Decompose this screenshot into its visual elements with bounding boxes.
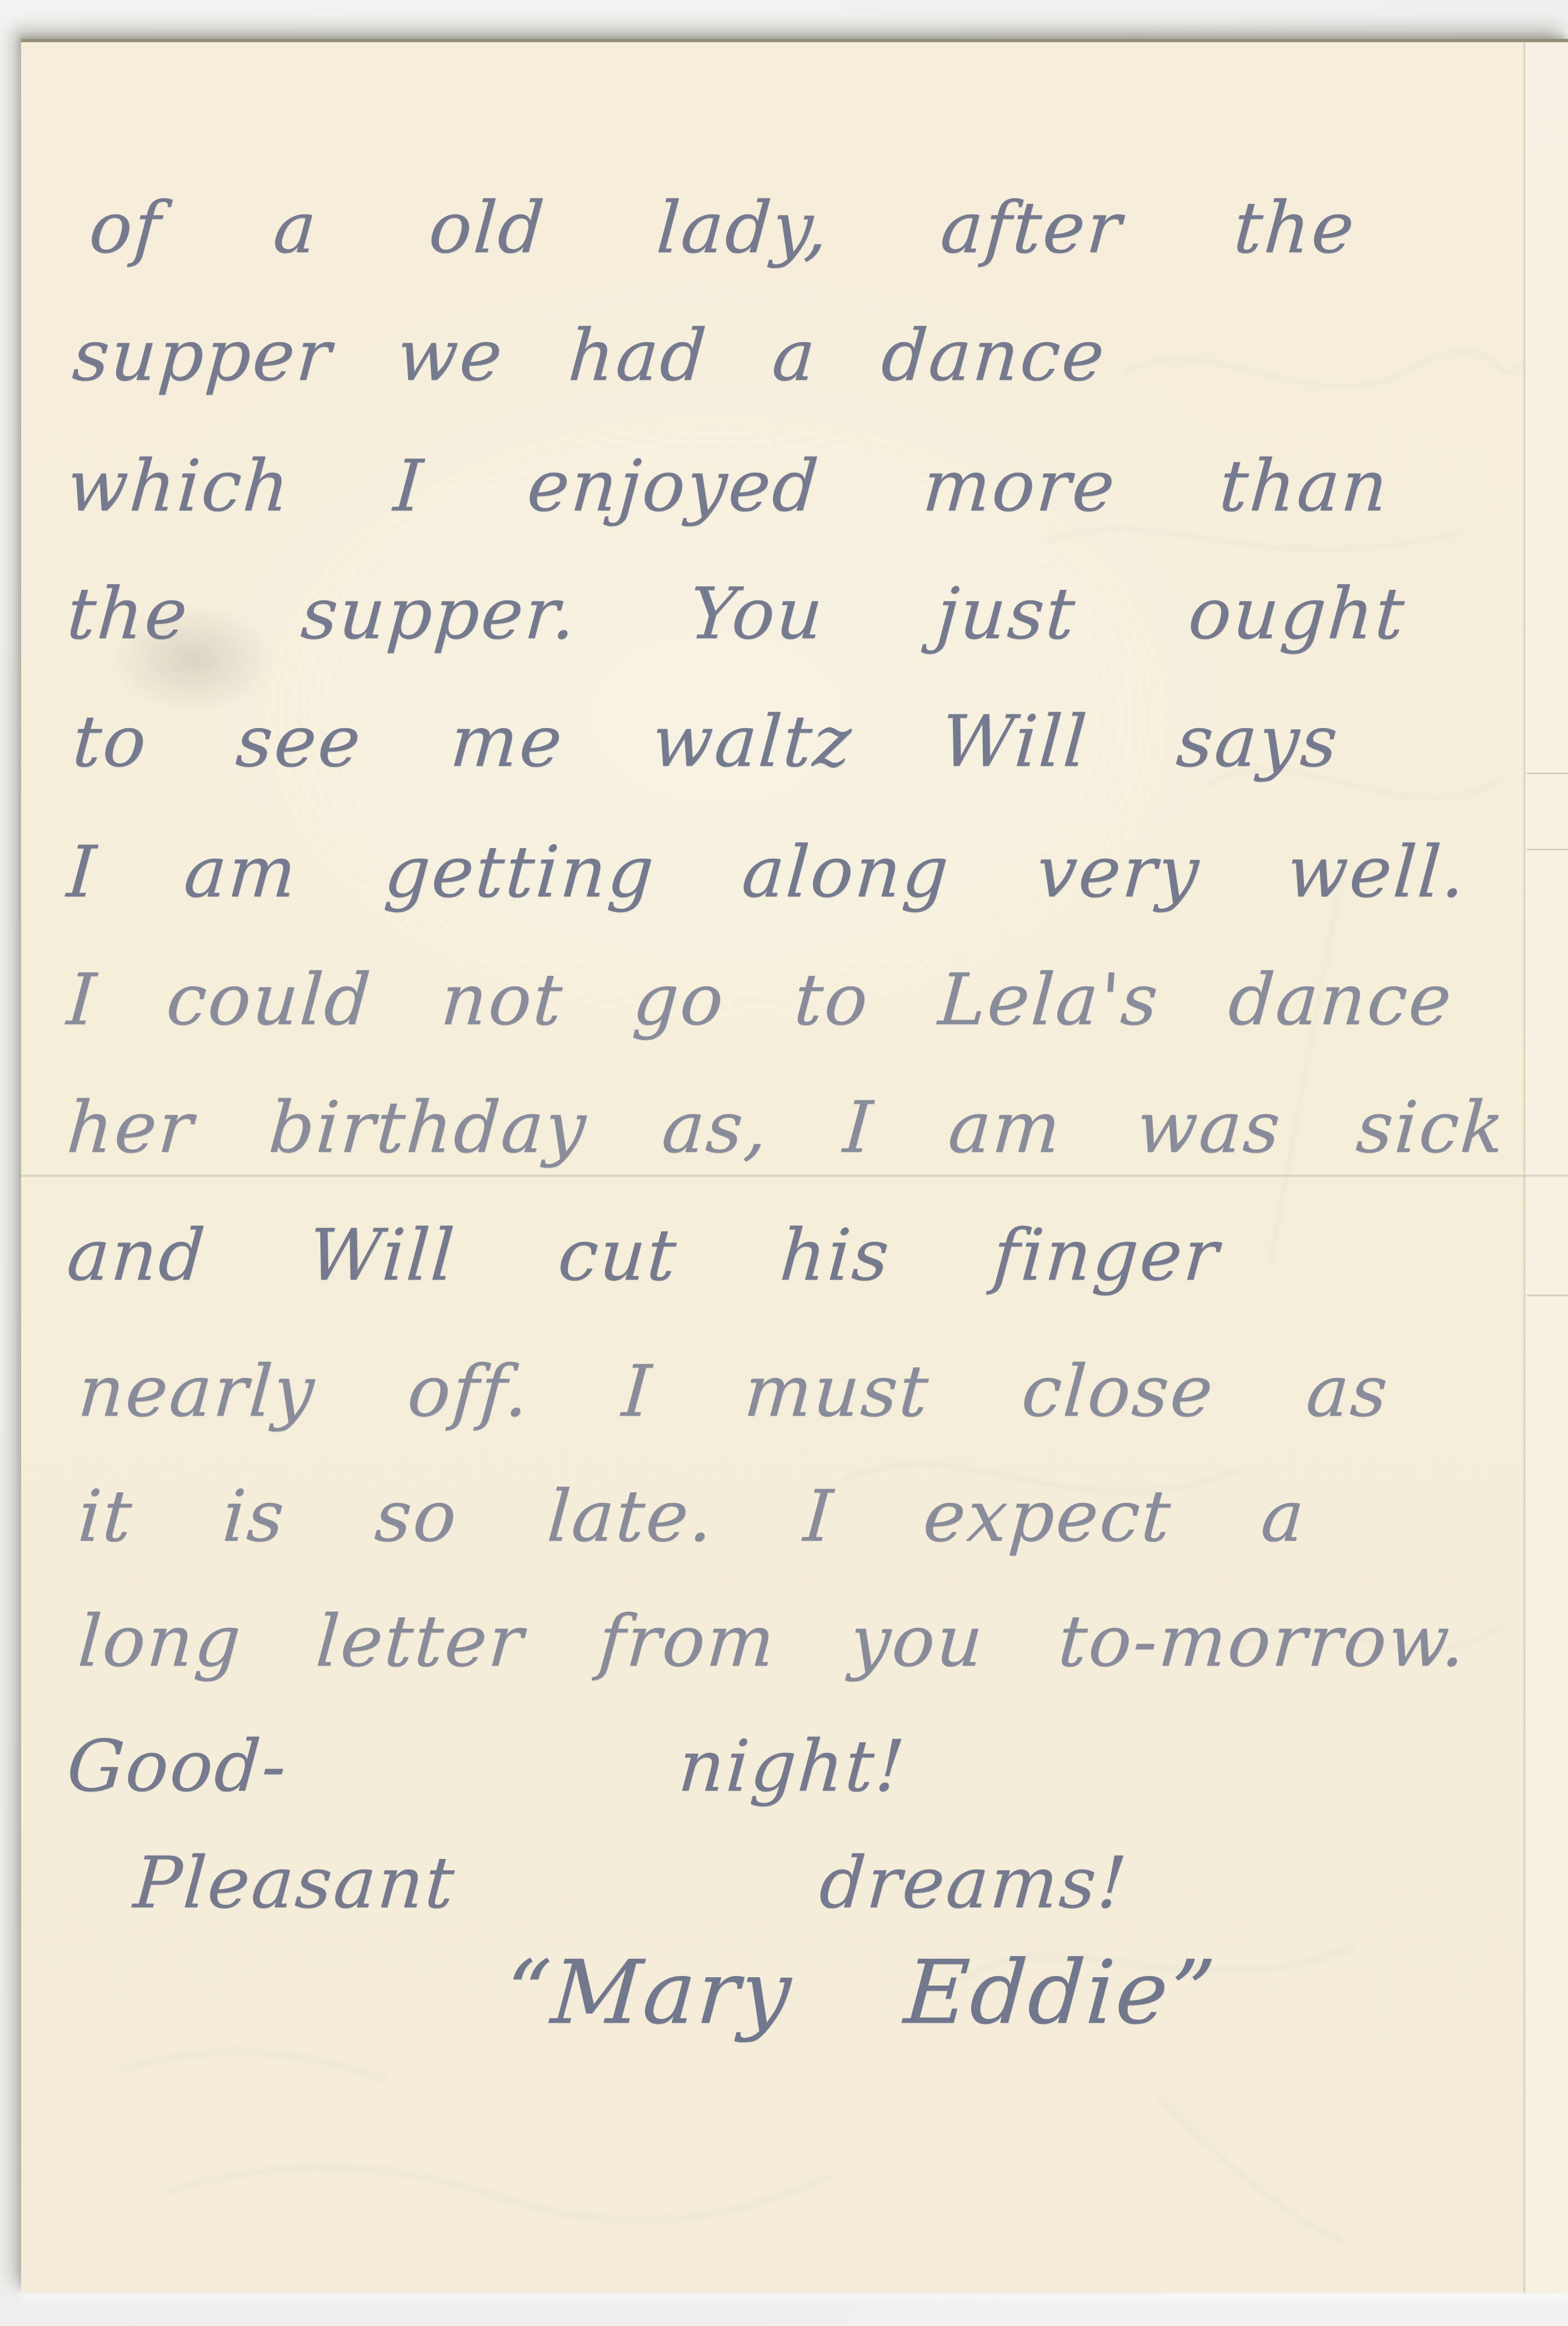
letter-line-11: it is so late. I expect a [72, 1475, 1308, 1606]
letter-line-7: I could not go to Lela's dance [61, 959, 1455, 1089]
letter-line-6: I am getting along very well. [61, 831, 1469, 961]
scanned-letter-screenshot: { "colors": { "bg": "#f1f0ee", "paper": … [0, 0, 1568, 2326]
letter-line-13: Good- night! [61, 1725, 908, 1856]
letter-body-text: of a old lady, after the supper we had a… [21, 42, 1568, 2293]
letter-line-2: supper we had a dance [67, 314, 1108, 445]
signature: “Mary Eddie” [500, 1942, 1219, 2072]
letter-line-8: her birthday as, I am was sick [61, 1086, 1508, 1217]
letter-line-12: long letter from you to-morrow. [72, 1600, 1469, 1731]
letter-line-1: of a old lady, after the [83, 187, 1358, 317]
letter-line-9: and Will cut his finger [61, 1214, 1222, 1345]
letter-line-3: which I enjoyed more than [61, 445, 1391, 575]
letter-paper-sheet: of a old lady, after the supper we had a… [21, 39, 1568, 2293]
letter-line-10: nearly off. I must close as [72, 1350, 1391, 1481]
letter-line-4: the supper. You just ought [61, 573, 1408, 703]
letter-line-5: to see me waltz Will says [67, 700, 1341, 831]
